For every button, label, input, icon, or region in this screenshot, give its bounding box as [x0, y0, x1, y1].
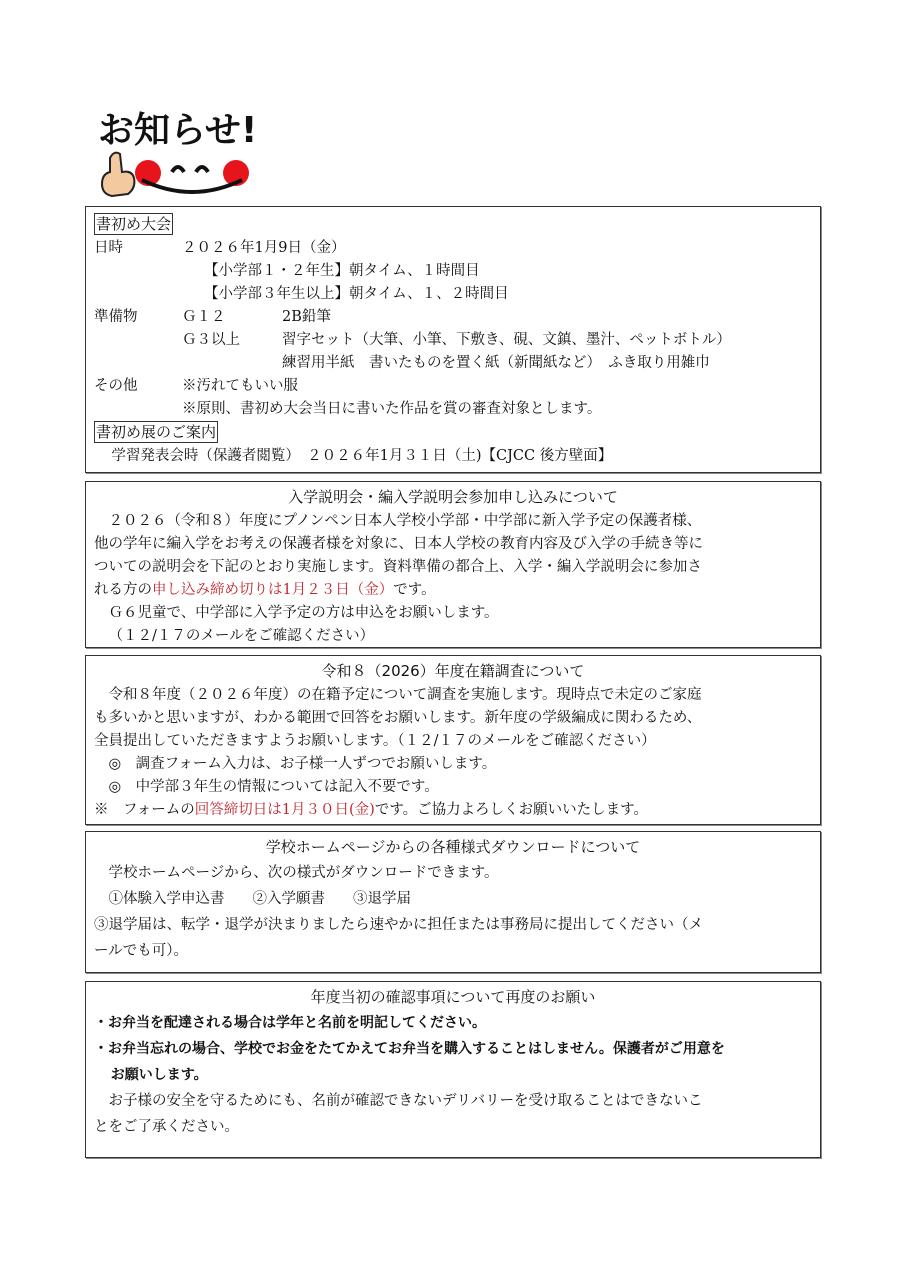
admission-line: ついての説明会を下記のとおり実施します。資料準備の都合上、入学・編入学説明会に参…	[94, 556, 812, 579]
form-admission-application: ②入学願書	[253, 891, 326, 907]
downloads-intro: 学校ホームページから、次の様式がダウンロードできます。	[94, 860, 812, 886]
enrollment-bullet: ◎ 中学部３年生の情報については記入不要です。	[94, 776, 812, 799]
g6-note: Ｇ６児童で、中学部に入学予定の方は申込をお願いします。	[94, 602, 812, 625]
prep-row: Ｇ３以上 習字セット（大筆、小筆、下敷き、硯、文鎮、墨汁、ペットボトル）	[94, 329, 812, 352]
prep-row: 練習用半紙 書いたものを置く紙（新聞紙など） ふき取り用雑巾	[94, 352, 812, 375]
schedule-line: 【小学部３年生以上】朝タイム、１、２時間目	[94, 283, 812, 306]
date-row: 日時 ２０２６年1月9日（金）	[94, 237, 812, 260]
date-label: 日時	[94, 237, 182, 260]
notice-logo: お知らせ!	[96, 100, 258, 204]
kakizome-heading: 書初め大会	[94, 213, 173, 235]
downloads-note: ③退学届は、転学・退学が決まりましたら速やかに担任または事務局に提出してください…	[94, 912, 812, 938]
downloads-section: 学校ホームページからの各種様式ダウンロードについて 学校ホームページから、次の様…	[85, 831, 821, 973]
enrollment-line: 令和８年度（２０２６年度）の在籍予定について調査を実施します。現時点で未定のご家…	[94, 684, 812, 707]
downloads-note: ールでも可）。	[94, 938, 812, 964]
deadline-suffix: です。	[393, 582, 435, 598]
admission-title: 入学説明会・編入学説明会参加申し込みについて	[94, 485, 812, 510]
reminder-title: 年度当初の確認事項について再度のお願い	[94, 985, 812, 1010]
admission-line: ２０２６（令和８）年度にプノンペン日本人学校小学部・中学部に新入学予定の保護者様…	[94, 510, 812, 533]
smiley-face-icon	[135, 160, 249, 192]
reminder-note: とをご了承ください。	[94, 1114, 812, 1140]
logo-text: お知らせ!	[98, 110, 257, 151]
deadline-prefix: れる方の	[94, 582, 152, 598]
deadline-suffix: です。ご協力よろしくお願いいたします。	[375, 802, 648, 818]
kakizome-section: 書初め大会 日時 ２０２６年1月9日（金） 【小学部１・２年生】朝タイム、１時間…	[85, 206, 821, 473]
enrollment-section: 令和８（2026）年度在籍調査について 令和８年度（２０２６年度）の在籍予定につ…	[85, 655, 821, 825]
schedule-line: 【小学部１・２年生】朝タイム、１時間目	[94, 260, 812, 283]
reminder-note: お子様の安全を守るためにも、名前が確認できないデリバリーを受け取ることはできない…	[94, 1088, 812, 1114]
other-item: ※原則、書初め大会当日に書いた作品を賞の審査対象とします。	[94, 398, 812, 421]
admission-line: 他の学年に編入学をお考えの保護者様を対象に、日本人学校の教育内容及び入学の手続き…	[94, 533, 812, 556]
prep-items: 習字セット（大筆、小筆、下敷き、硯、文鎮、墨汁、ペットボトル）	[282, 329, 731, 352]
other-row: その他 ※汚れてもいい服	[94, 375, 812, 398]
prep-group: Ｇ１２	[182, 306, 282, 329]
deadline-prefix: ※ フォームの	[94, 802, 195, 818]
other-label: その他	[94, 375, 182, 398]
admission-deadline: れる方の申し込み締め切りは1月２３日（金）です。	[94, 579, 812, 602]
deadline-emphasis: 申し込み締め切りは1月２３日（金）	[152, 582, 393, 598]
exhibit-heading: 書初め展のご案内	[94, 421, 218, 443]
reminder-bold-item: お願いします。	[94, 1062, 812, 1088]
enrollment-title: 令和８（2026）年度在籍調査について	[94, 659, 812, 684]
prep-label: 準備物	[94, 306, 182, 329]
deadline-emphasis: 回答締切日は1月３０日(金)	[195, 802, 375, 818]
prep-row: 準備物 Ｇ１２ 2B鉛筆	[94, 306, 812, 329]
form-trial-application: ①体験入学申込書	[109, 891, 225, 907]
enrollment-deadline: ※ フォームの回答締切日は1月３０日(金)です。ご協力よろしくお願いいたします。	[94, 799, 812, 822]
prep-items: 2B鉛筆	[282, 306, 331, 329]
form-withdrawal-notice: ③退学届	[353, 891, 411, 907]
enrollment-line: も多いかと思いますが、わかる範囲で回答をお願いします。新年度の学級編成に関わるた…	[94, 707, 812, 730]
downloads-title: 学校ホームページからの各種様式ダウンロードについて	[94, 835, 812, 860]
mail-note: （１２/１７のメールをご確認ください）	[94, 625, 812, 648]
reminder-section: 年度当初の確認事項について再度のお願い ・お弁当を配達される場合は学年と名前を明…	[85, 981, 821, 1158]
enrollment-bullet: ◎ 調査フォーム入力は、お子様一人ずつでお願いします。	[94, 753, 812, 776]
thumbs-up-icon	[102, 153, 134, 196]
other-item: ※汚れてもいい服	[182, 375, 298, 398]
enrollment-line: 全員提出していただきますようお願いします。（１２/１７のメールをご確認ください）	[94, 730, 812, 753]
admission-section: 入学説明会・編入学説明会参加申し込みについて ２０２６（令和８）年度にプノンペン…	[85, 481, 821, 648]
date-value: ２０２６年1月9日（金）	[182, 237, 345, 260]
prep-group: Ｇ３以上	[182, 329, 282, 352]
reminder-bold-item: ・お弁当を配達される場合は学年と名前を明記してください。	[94, 1010, 812, 1036]
downloads-forms: ①体験入学申込書②入学願書③退学届	[94, 886, 812, 912]
reminder-bold-item: ・お弁当忘れの場合、学校でお金をたてかえてお弁当を購入することはしません。保護者…	[94, 1036, 812, 1062]
exhibit-line: 学習発表会時（保護者閲覧） ２０２６年1月３１日（土)【CJCC 後方壁面】	[94, 445, 812, 468]
prep-items: 練習用半紙 書いたものを置く紙（新聞紙など） ふき取り用雑巾	[282, 352, 710, 375]
